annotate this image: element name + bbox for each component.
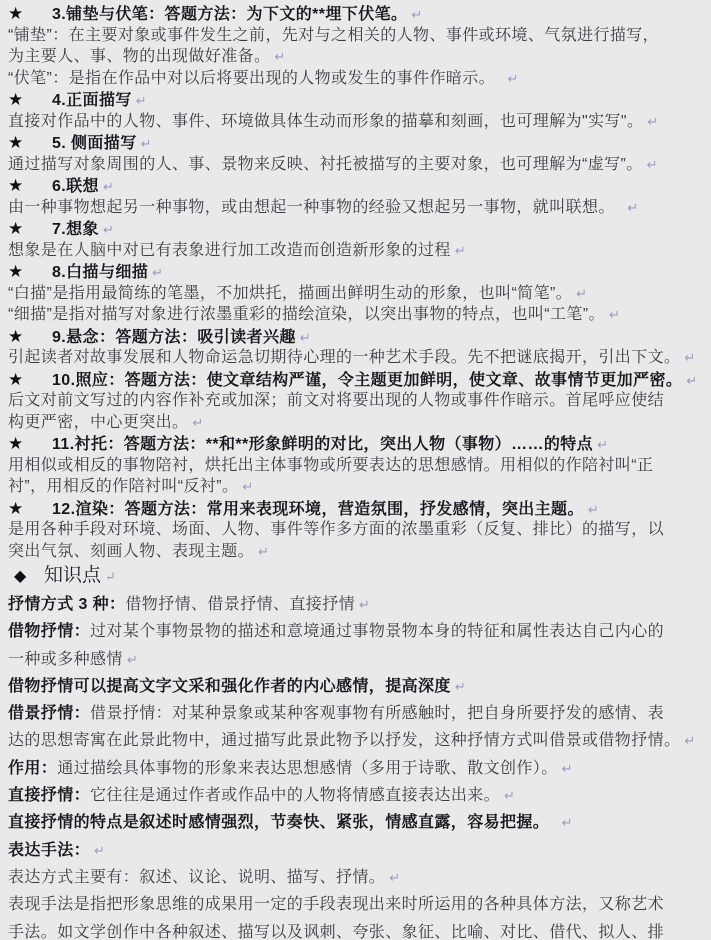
text-line: 用相似或相反的事物陪衬，烘托出主体事物或所要表达的思想感情。用相似的作陪衬叫“正 bbox=[8, 455, 707, 477]
star-bullet-icon: ★ bbox=[8, 3, 52, 25]
section-heading-label: 知识点 bbox=[44, 565, 101, 586]
text-run: 过对某个事物景物的描述和意境通过事物景物本身的特征和属性表达自己内心的 bbox=[90, 623, 664, 640]
text-line: 直接抒情：它往往是通过作者或作品中的人物将情感直接表达出来。↵ bbox=[8, 782, 707, 809]
star-bullet-icon: ★ bbox=[8, 89, 52, 111]
text-run: 5. 侧面描写 bbox=[52, 135, 137, 152]
paragraph-mark-icon: ↵ bbox=[647, 114, 658, 129]
paragraph-mark-icon: ↵ bbox=[192, 415, 203, 430]
text-run: 8.白描与细描 bbox=[52, 264, 148, 281]
list-item-heading: ★3.铺垫与伏笔：答题方法：为下文的**埋下伏笔。↵ bbox=[8, 3, 707, 25]
text-run: 通过描写对象周围的人、事、景物来反映、衬托被描写的主要对象，也可理解为“虚写”。 bbox=[8, 156, 643, 173]
text-line: 达的思想寄寓在此景此物中，通过描写此景此物予以抒发，这种抒情方式叫借景或借物抒情… bbox=[8, 727, 707, 754]
star-bullet-icon: ★ bbox=[8, 132, 52, 154]
paragraph-mark-icon: ↵ bbox=[141, 136, 152, 151]
paragraph-mark-icon: ↵ bbox=[684, 733, 695, 748]
paragraph-mark-icon: ↵ bbox=[274, 49, 285, 64]
text-run: 表达方式主要有：叙述、议论、说明、描写、抒情。 bbox=[8, 869, 385, 886]
text-run: “铺垫”：在主要对象或事件发生之前，先对与之相关的人物、事件或环境、气氛进行描写… bbox=[8, 27, 659, 44]
paragraph-mark-icon: ↵ bbox=[504, 788, 515, 803]
text-run: 通过描绘具体事物的形象来表达思想感情（多用于诗歌、散文创作）。 bbox=[57, 760, 557, 777]
star-bullet-icon: ★ bbox=[8, 261, 52, 283]
text-line: 构更严密，中心更突出。↵ bbox=[8, 412, 707, 434]
text-run: 一种或多种感情 bbox=[8, 651, 123, 668]
text-line: 后文对前文写过的内容作补充或加深；前文对将要出现的人物或事件作暗示。首尾呼应使结 bbox=[8, 390, 707, 412]
paragraph-mark-icon: ↵ bbox=[258, 544, 269, 559]
text-run: 表达手法： bbox=[8, 842, 90, 859]
text-line: 表达方式主要有：叙述、议论、说明、描写、抒情。↵ bbox=[8, 864, 707, 891]
text-line: 手法。如文学创作中各种叙述、描写以及讽刺、夸张、象征、比喻、对比、借代、拟人、排 bbox=[8, 919, 707, 940]
text-line: 抒情方式 3 种：借物抒情、借景抒情、直接抒情↵ bbox=[8, 591, 707, 618]
paragraph-mark-icon: ↵ bbox=[686, 373, 697, 388]
list-item-heading: ★9.悬念：答题方法：吸引读者兴趣↵ bbox=[8, 326, 707, 348]
paragraph-mark-icon: ↵ bbox=[588, 502, 599, 517]
paragraph-mark-icon: ↵ bbox=[684, 350, 695, 365]
text-line: 想象是在人脑中对已有表象进行加工改造而创造新形象的过程↵ bbox=[8, 240, 707, 262]
text-run: “白描”是指用最简练的笔墨，不加烘托，描画出鲜明生动的形象，也叫“简笔”。 bbox=[8, 285, 572, 302]
text-run: 直接抒情的特点是叙述时感情强烈，节奏快、紧张，情感直露，容易把握。 bbox=[8, 814, 558, 831]
text-run: 借物抒情： bbox=[8, 623, 90, 640]
paragraph-mark-icon: ↵ bbox=[647, 157, 658, 172]
text-line: 借物抒情可以提高文字文采和强化作者的内心感情，提高深度↵ bbox=[8, 673, 707, 700]
paragraph-mark-icon: ↵ bbox=[94, 843, 105, 858]
text-line: “伏笔”：是指在作品中对以后将要出现的人物或发生的事件作暗示。 ↵ bbox=[8, 68, 707, 90]
list-item-heading: ★7.想象↵ bbox=[8, 218, 707, 240]
text-line: 衬”，用相反的作陪衬叫“反衬”。↵ bbox=[8, 476, 707, 498]
list-item-heading: ★6.联想↵ bbox=[8, 175, 707, 197]
paragraph-mark-icon: ↵ bbox=[103, 222, 114, 237]
text-run: 突出气氛、刻画人物、表现主题。 bbox=[8, 543, 254, 560]
text-line: 作用：通过描绘具体事物的形象来表达思想感情（多用于诗歌、散文创作）。↵ bbox=[8, 755, 707, 782]
text-line: 为主要人、事、物的出现做好准备。↵ bbox=[8, 46, 707, 68]
text-line: 通过描写对象周围的人、事、景物来反映、衬托被描写的主要对象，也可理解为“虚写”。… bbox=[8, 154, 707, 176]
paragraph-mark-icon: ↵ bbox=[455, 679, 466, 694]
text-run: 7.想象 bbox=[52, 221, 99, 238]
list-item-heading: ★11.衬托：答题方法：**和**形象鲜明的对比，突出人物（事物）……的特点↵ bbox=[8, 433, 707, 455]
text-run: 10.照应：答题方法：使文章结构严谨，令主题更加鲜明，使文章、故事情节更加严密。 bbox=[52, 372, 682, 389]
text-run: 用相似或相反的事物陪衬，烘托出主体事物或所要表达的思想感情。用相似的作陪衬叫“正 bbox=[8, 457, 653, 474]
paragraph-mark-icon: ↵ bbox=[562, 761, 573, 776]
text-run: 它往往是通过作者或作品中的人物将情感直接表达出来。 bbox=[90, 787, 500, 804]
text-run: 借景抒情：对某种景象或某种客观事物有所感触时，把自身所要抒发的感情、表 bbox=[90, 705, 664, 722]
text-line: 一种或多种感情↵ bbox=[8, 646, 707, 673]
text-run: 直接对作品中的人物、事件、环境做具体生动而形象的描摹和刻画，也可理解为"实写"。 bbox=[8, 113, 643, 130]
paragraph-mark-icon: ↵ bbox=[411, 7, 422, 22]
paragraph-mark-icon: ↵ bbox=[359, 597, 370, 612]
paragraph-mark-icon: ↵ bbox=[597, 437, 608, 452]
text-run: 想象是在人脑中对已有表象进行加工改造而创造新形象的过程 bbox=[8, 242, 451, 259]
text-line: 借景抒情：借景抒情：对某种景象或某种客观事物有所感触时，把自身所要抒发的感情、表 bbox=[8, 700, 707, 727]
paragraph-mark-icon: ↵ bbox=[627, 200, 638, 215]
text-run: 直接抒情： bbox=[8, 787, 90, 804]
text-run: 借景抒情： bbox=[8, 705, 90, 722]
list-item-heading: ★12.渲染：答题方法：常用来表现环境，营造氛围，抒发感情，突出主题。↵ bbox=[8, 498, 707, 520]
diamond-bullet-icon: ◆ bbox=[14, 565, 44, 589]
paragraph-mark-icon: ↵ bbox=[455, 243, 466, 258]
paragraph-mark-icon: ↵ bbox=[576, 286, 587, 301]
star-bullet-icon: ★ bbox=[8, 433, 52, 455]
text-line: 引起读者对故事发展和人物命运急切期待心理的一种艺术手段。先不把谜底揭开，引出下文… bbox=[8, 347, 707, 369]
star-bullet-icon: ★ bbox=[8, 498, 52, 520]
list-item-heading: ★5. 侧面描写↵ bbox=[8, 132, 707, 154]
text-run: 表现手法是指把形象思维的成果用一定的手段表现出来时所运用的各种具体方法，又称艺术 bbox=[8, 896, 664, 913]
paragraph-mark-icon: ↵ bbox=[300, 330, 311, 345]
text-line: 突出气氛、刻画人物、表现主题。↵ bbox=[8, 541, 707, 563]
text-line: “白描”是指用最简练的笔墨，不加烘托，描画出鲜明生动的形象，也叫“简笔”。↵ bbox=[8, 283, 707, 305]
paragraph-mark-icon: ↵ bbox=[562, 815, 573, 830]
text-run: 3.铺垫与伏笔：答题方法：为下文的**埋下伏笔。 bbox=[52, 6, 407, 23]
text-run: 借物抒情、借景抒情、直接抒情 bbox=[125, 596, 355, 613]
knowledge-points-list: 抒情方式 3 种：借物抒情、借景抒情、直接抒情↵借物抒情：过对某个事物景物的描述… bbox=[8, 591, 707, 940]
text-run: 引起读者对故事发展和人物命运急切期待心理的一种艺术手段。先不把谜底揭开，引出下文… bbox=[8, 349, 680, 366]
text-run: 6.联想 bbox=[52, 178, 99, 195]
star-bullet-icon: ★ bbox=[8, 369, 52, 391]
text-run: 是用各种手段对环境、场面、人物、事件等作多方面的浓墨重彩（反复、排比）的描写，以 bbox=[8, 521, 664, 538]
paragraph-mark-icon: ↵ bbox=[136, 93, 147, 108]
text-run: 9.悬念：答题方法：吸引读者兴趣 bbox=[52, 329, 296, 346]
paragraph-mark-icon: ↵ bbox=[242, 479, 253, 494]
paragraph-mark-icon: ↵ bbox=[127, 652, 138, 667]
paragraph-mark-icon: ↵ bbox=[152, 265, 163, 280]
text-run: 作用： bbox=[8, 760, 57, 777]
document-page[interactable]: ★3.铺垫与伏笔：答题方法：为下文的**埋下伏笔。↵“铺垫”：在主要对象或事件发… bbox=[0, 0, 711, 940]
text-line: 表现手法是指把形象思维的成果用一定的手段表现出来时所运用的各种具体方法，又称艺术 bbox=[8, 891, 707, 918]
text-line: 是用各种手段对环境、场面、人物、事件等作多方面的浓墨重彩（反复、排比）的描写，以 bbox=[8, 519, 707, 541]
text-line: 借物抒情：过对某个事物景物的描述和意境通过事物景物本身的特征和属性表达自己内心的 bbox=[8, 618, 707, 645]
text-run: “细描”是指对描写对象进行浓墨重彩的描绘渲染，以突出事物的特点，也叫“工笔”。 bbox=[8, 306, 605, 323]
text-run: 手法。如文学创作中各种叙述、描写以及讽刺、夸张、象征、比喻、对比、借代、拟人、排 bbox=[8, 924, 664, 940]
knowledge-points-heading: ◆知识点↵ bbox=[14, 564, 707, 588]
star-bullet-icon: ★ bbox=[8, 326, 52, 348]
text-run: 由一种事物想起另一种事物，或由想起一种事物的经验又想起另一事物，就叫联想。 bbox=[8, 199, 623, 216]
text-run: 构更严密，中心更突出。 bbox=[8, 414, 188, 431]
star-bullet-icon: ★ bbox=[8, 218, 52, 240]
text-run: “伏笔”：是指在作品中对以后将要出现的人物或发生的事件作暗示。 bbox=[8, 70, 503, 87]
list-item-heading: ★8.白描与细描↵ bbox=[8, 261, 707, 283]
text-run: 为主要人、事、物的出现做好准备。 bbox=[8, 48, 270, 65]
text-line: “细描”是指对描写对象进行浓墨重彩的描绘渲染，以突出事物的特点，也叫“工笔”。↵ bbox=[8, 304, 707, 326]
text-run: 衬”，用相反的作陪衬叫“反衬”。 bbox=[8, 478, 238, 495]
list-item-heading: ★10.照应：答题方法：使文章结构严谨，令主题更加鲜明，使文章、故事情节更加严密… bbox=[8, 369, 707, 391]
text-line: 表达手法：↵ bbox=[8, 837, 707, 864]
text-line: “铺垫”：在主要对象或事件发生之前，先对与之相关的人物、事件或环境、气氛进行描写… bbox=[8, 25, 707, 47]
text-line: 由一种事物想起另一种事物，或由想起一种事物的经验又想起另一事物，就叫联想。 ↵ bbox=[8, 197, 707, 219]
paragraph-mark-icon: ↵ bbox=[609, 307, 620, 322]
paragraph-mark-icon: ↵ bbox=[389, 870, 400, 885]
paragraph-mark-icon: ↵ bbox=[103, 179, 114, 194]
text-run: 抒情方式 3 种： bbox=[8, 596, 125, 613]
star-bullet-icon: ★ bbox=[8, 175, 52, 197]
text-line: 直接抒情的特点是叙述时感情强烈，节奏快、紧张，情感直露，容易把握。 ↵ bbox=[8, 809, 707, 836]
paragraph-mark-icon: ↵ bbox=[105, 569, 116, 584]
techniques-list: ★3.铺垫与伏笔：答题方法：为下文的**埋下伏笔。↵“铺垫”：在主要对象或事件发… bbox=[8, 3, 707, 562]
paragraph-mark-icon: ↵ bbox=[507, 71, 518, 86]
list-item-heading: ★4.正面描写↵ bbox=[8, 89, 707, 111]
text-run: 4.正面描写 bbox=[52, 92, 132, 109]
text-run: 后文对前文写过的内容作补充或加深；前文对将要出现的人物或事件作暗示。首尾呼应使结 bbox=[8, 392, 664, 409]
text-run: 借物抒情可以提高文字文采和强化作者的内心感情，提高深度 bbox=[8, 678, 451, 695]
text-run: 11.衬托：答题方法：**和**形象鲜明的对比，突出人物（事物）……的特点 bbox=[52, 436, 593, 453]
text-run: 12.渲染：答题方法：常用来表现环境，营造氛围，抒发感情，突出主题。 bbox=[52, 501, 584, 518]
text-run: 达的思想寄寓在此景此物中，通过描写此景此物予以抒发，这种抒情方式叫借景或借物抒情… bbox=[8, 732, 680, 749]
text-line: 直接对作品中的人物、事件、环境做具体生动而形象的描摹和刻画，也可理解为"实写"。… bbox=[8, 111, 707, 133]
